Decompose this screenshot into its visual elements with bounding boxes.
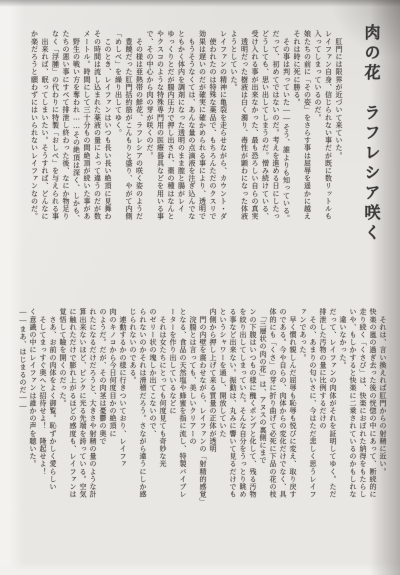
text-column: 透明だった樹液は白く濁り、毒性が顕わになった体液	[239, 30, 250, 286]
text-column: いや、もしかすると快楽に二乗されているのかもしれな	[348, 308, 358, 560]
text-column: そしてまっすぐ奥へと招待せよ！ 隆起せよ！	[38, 308, 48, 560]
text-column: で、その中心から肉の芽が咲くのだ。	[145, 30, 156, 286]
text-column: 肛門には限界が近づいて来ていた。	[334, 30, 345, 286]
text-column: というシャワーを通し、開放していた	[218, 308, 228, 560]
text-column: 連動するかの様に行きついており、レイファ	[118, 308, 128, 560]
text-column: その事は判っていた――そう、誰よりも知っている。	[281, 30, 292, 286]
text-column: 受け入れる事が出来なかった、最も恐ろしい自らの真実	[250, 30, 261, 286]
text-column: 内側から押し上げて来る質量の正体が透明	[208, 308, 218, 560]
text-column: その時間は流し込まれた薬液の量によって違うのだが数	[92, 30, 103, 286]
lower-text-block: それは、言い換えれば肛門からの射精に近い。快楽の嵐の過ぎ去った後の恍惚の中にあっ…	[18, 308, 388, 560]
text-column: メートル。時間にして三十分もの間絶頂が続いた事があ	[82, 30, 93, 286]
scanned-page: 肉の花 ラフレシア咲く 肛門には限界が近づいて来ていた。レイファン自身、信じられ…	[0, 0, 400, 575]
text-column: レイファンの精神に亀裂を走らせながら、カウント・ダ	[218, 30, 229, 286]
text-column: ーターを作り出しているなどに	[168, 308, 178, 560]
text-column: を絞り出してしまっていた。そんな自分をうっとり眺め	[238, 308, 248, 560]
text-column: 効果は遅いのだが確実に確かめられる事により、透明で	[197, 30, 208, 286]
text-column: 快楽の嵐の過ぎ去った後の恍惚の中にあって、断続的に	[368, 308, 378, 560]
text-column: ――まあ、はじまるのだ――	[18, 308, 28, 560]
text-column: 門の内壁を震わせながら、レイファンの「射精的感覚」	[198, 308, 208, 560]
text-column: 算出来ないほど、ピンクに光る先端を誇っている。空気	[78, 308, 88, 560]
page-title: 肉の花 ラフレシア咲く	[359, 24, 382, 224]
text-column: に触れただけで膨れ上がるほどの感度も、レイファンは	[68, 308, 78, 560]
text-column: 体的にも「くさ」の芽に折り曲げて必死に下品の花の枝	[268, 308, 278, 560]
text-column: 使われたのは特殊な薬品で、もちろんただのクスリで	[208, 30, 219, 286]
text-column: その、あまりの匂いさに、今はただ悲しく思うレイフ	[308, 308, 318, 560]
text-column: じられないのである。	[128, 308, 138, 560]
text-column: る事など出来ない。振動は、丸みに響いて見るだけでも	[228, 308, 238, 560]
text-column: 覚悟して瞼を開くのだった。	[58, 308, 68, 560]
text-column: このとき、レイファンはいつも長い長い絶頂に見舞わ	[103, 30, 114, 286]
text-column: のゼリー状の塊しか出てこないので、	[148, 308, 158, 560]
text-column: 娘たちの前に「その姿」をさらす事は屈辱を遥かに越え	[302, 30, 313, 286]
text-column: それは、言い換えれば肛門からの射精に近い。	[378, 308, 388, 560]
text-column: その様は亜熱帯の鮮花、ラフレシアの咲く姿のようだ	[134, 30, 145, 286]
text-column: 野生の戦い方を奪われ……その絶頂は深く、しかも、	[71, 30, 82, 286]
text-column: どうしても、思い出してしまうのだ。憎み続けている、	[260, 30, 271, 286]
text-column: られないのかそれは滑稽だろう。さながら違うにしか感	[138, 308, 148, 560]
text-column: 排泄した汚物の量に比例するだけの	[318, 308, 328, 560]
text-column: 豊饒だった肛門括約筋がこんもりと盛り、やがて内側	[124, 30, 135, 286]
text-column: 「めしべ」を繰り出してゆく。	[113, 30, 124, 286]
text-column: く意識の中にレイファンは誰かの声を聴いた。	[28, 308, 38, 560]
text-column: 早く慣れ親しんだ屈辱も恥辱も悦びに変え、取り戻す	[288, 308, 298, 560]
text-column: ァンであった。	[298, 308, 308, 560]
upper-text-block: 肛門には限界が近づいて来ていた。レイファン自身、信じられない事だが既に数リットル…	[29, 30, 344, 286]
text-column: レイファン自身、信じられない事だが既に数リットルも	[323, 30, 334, 286]
bottom-page-margin	[0, 563, 400, 575]
text-column: たちの悪い事にすべて排泄し終わった後、なにか物足り	[61, 30, 72, 286]
text-column: もうそうなくては、あんな量の点滴液を注ぎ込んでな	[187, 30, 198, 286]
text-column: ようとしていた。	[229, 30, 240, 286]
text-column: ゆっくりとだが腸内圧力で押し出され、棗の種はなんと	[166, 30, 177, 286]
text-column: なく「浮腫」の代わりに特製「おしべ」を与えられる事	[50, 30, 61, 286]
text-column: それは女たちにとっても何度見ても奇妙な光	[158, 308, 168, 560]
text-column: か楽だろうと願わずにはいられないレイファンなのだ。	[29, 30, 40, 286]
text-column: のである。今や自らの、肉体からの変化だけでなく、具	[278, 308, 288, 560]
text-column: 違いなかった。	[338, 308, 348, 560]
text-column: だって、レイファンの肉体がそれを証明してゆく。ただ	[328, 308, 338, 560]
text-column: のようだ。だが、その肉茎は憂鬱の奥で	[98, 308, 108, 560]
text-column: それは時に死に勝る。	[292, 30, 303, 286]
text-column: だって、初めてではないのだ。考えを進める日にしたっ	[271, 30, 282, 286]
text-column: 「三層状の肉の花」は、アヌスの裏側にまで	[258, 308, 268, 560]
text-column: 入ってしまっているのだ。	[313, 30, 324, 286]
text-column: ンの下腹はいつもの様に醜くポンプと化して、残る汚物	[248, 308, 258, 560]
text-column: 肉のキノコから今日何度目かの絶頂に	[108, 308, 118, 560]
text-column: ともかく体内を調剤になった透明のまま膣と腸がレイ	[176, 30, 187, 286]
text-column: れたになるだけだろうと、大きさや射精の量のような計	[88, 308, 98, 560]
text-column: 出来れば、眠ってしまいたい。そうすれば、どんなに	[40, 30, 51, 286]
text-column: やクスコのような特殊専門用の医療器具などを用いる事	[155, 30, 166, 286]
text-column: さあ、お前の肉体をよく御覧。恥ずかしく愛らしい	[48, 308, 58, 560]
text-column: となる、食品の天然塩や蜂蜜を指に流し、特製バイブレ	[178, 308, 188, 560]
text-column: 走り続く「くさび」は、快楽におぼれた納得をもたらし	[358, 308, 368, 560]
text-column: 浣腸とは言っても、美しいクリアーの	[188, 308, 198, 560]
